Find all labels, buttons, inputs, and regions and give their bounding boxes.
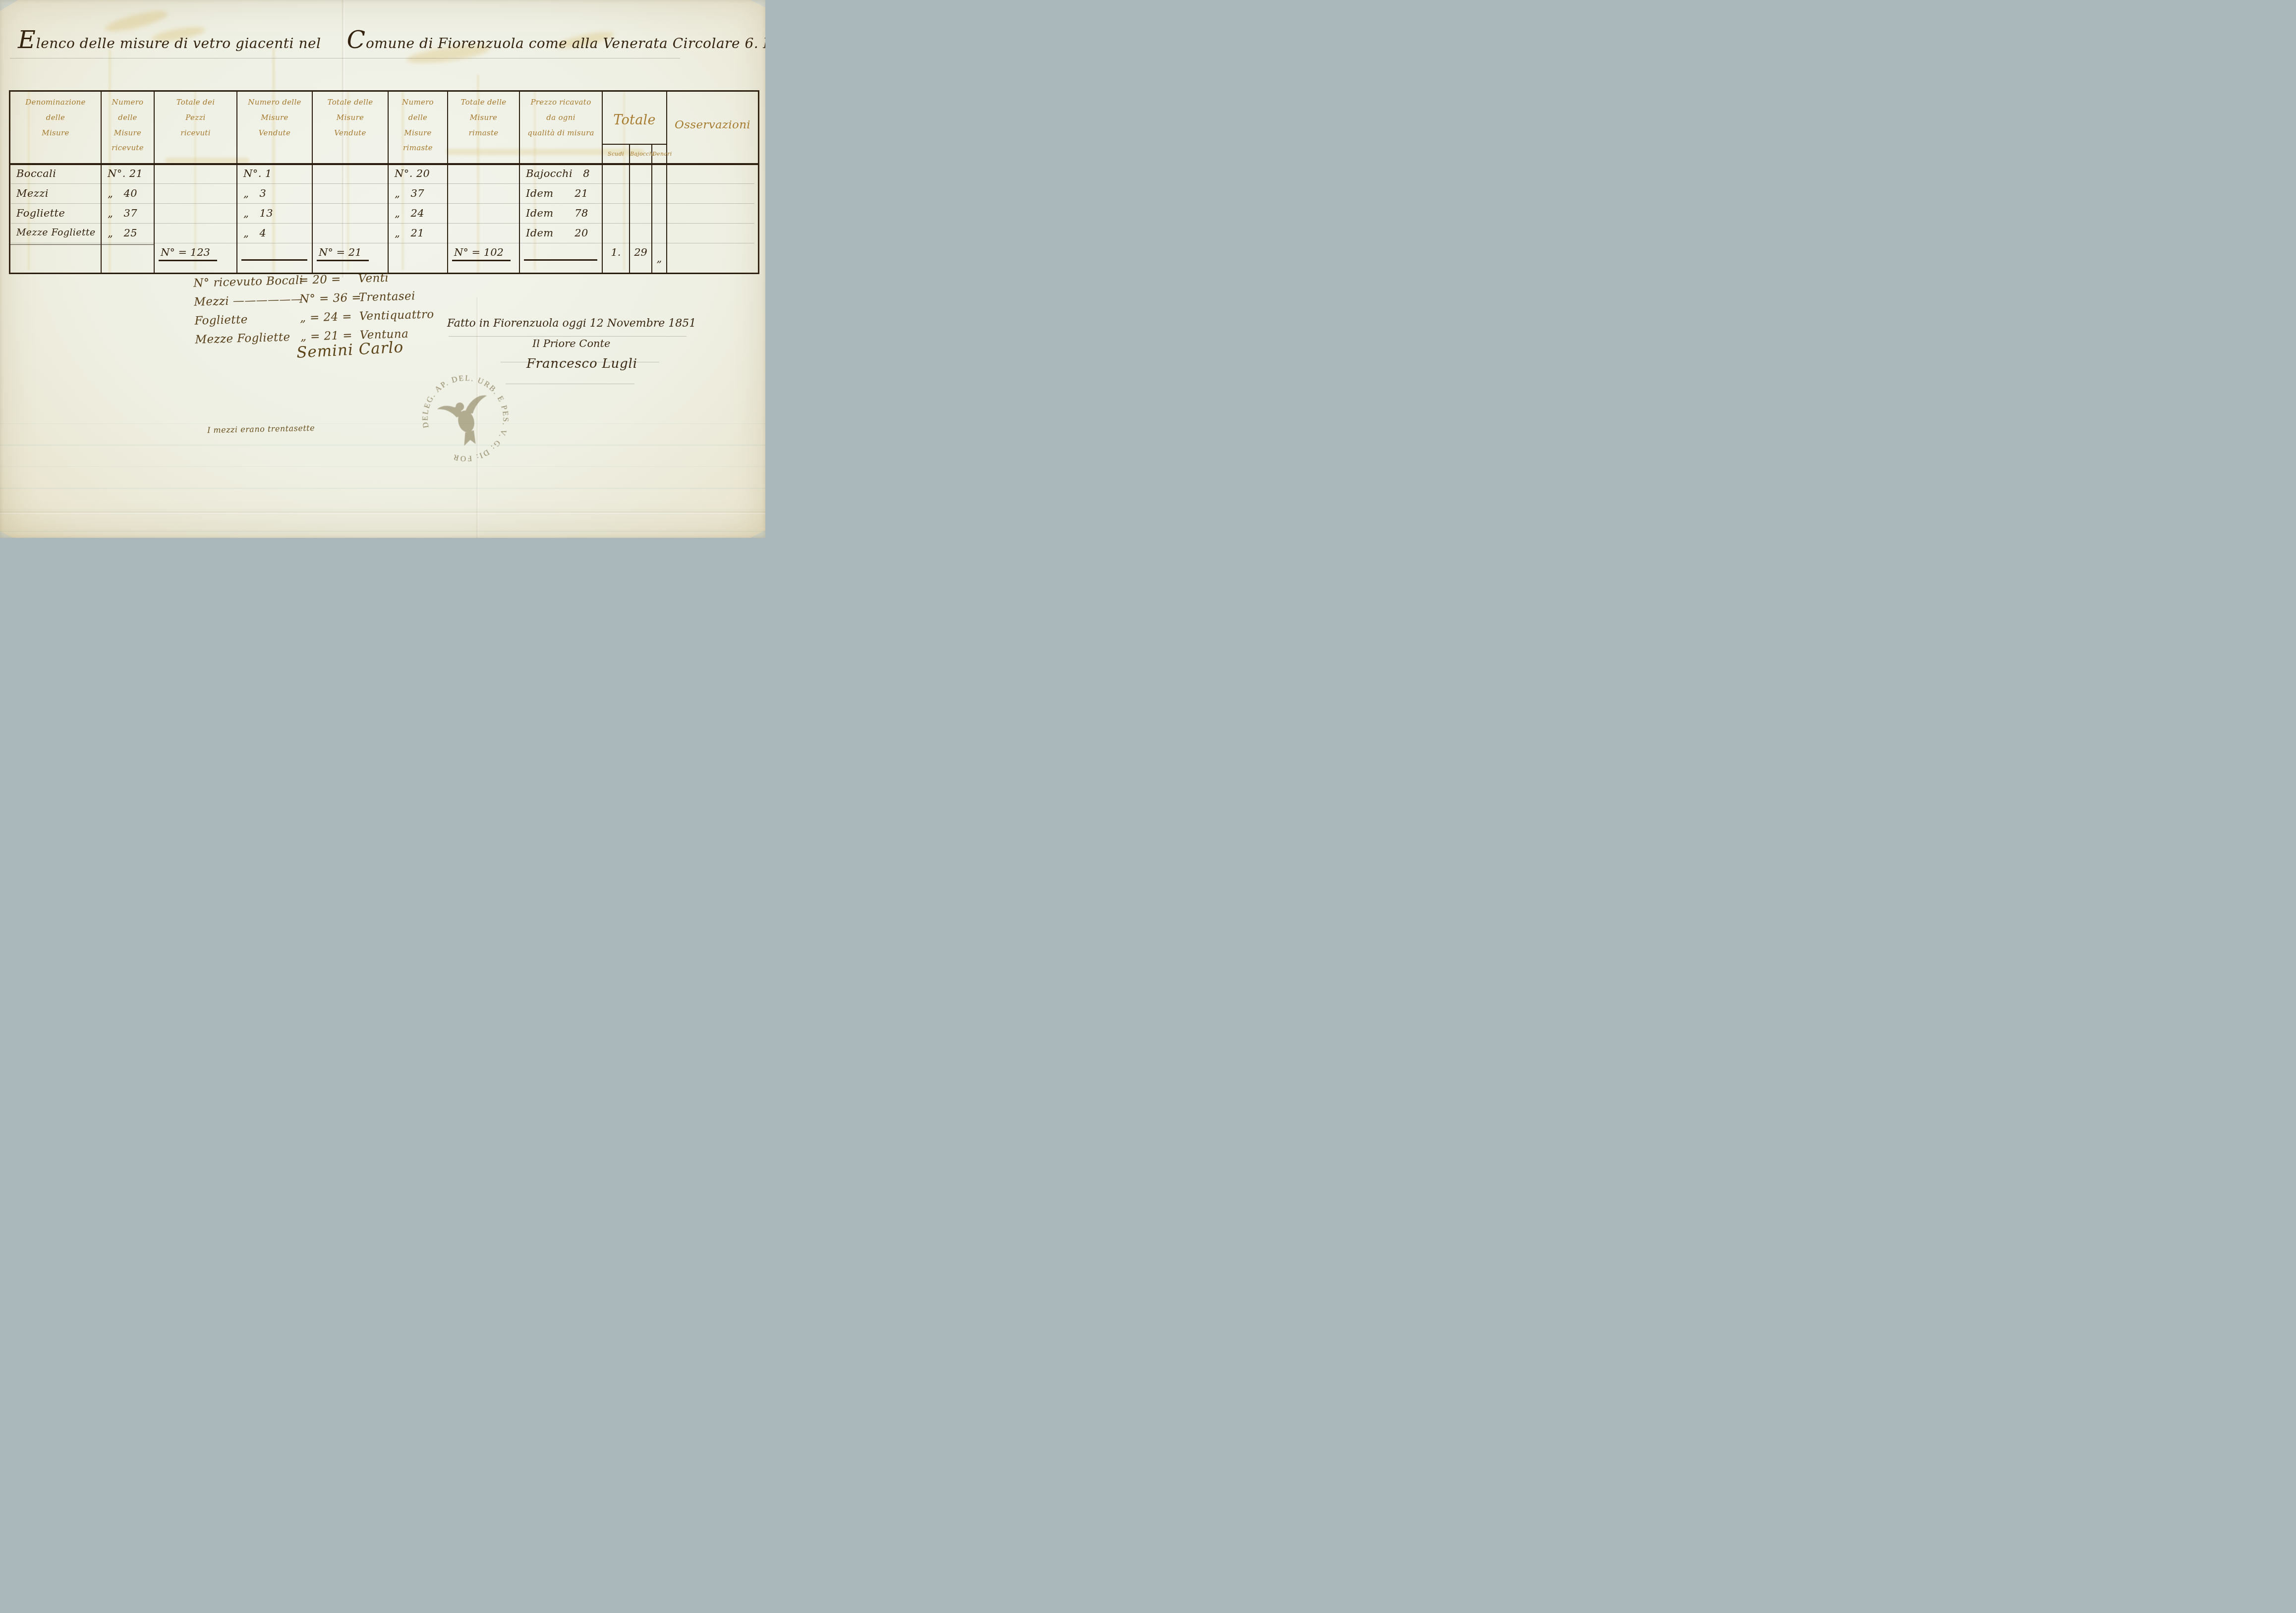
- pencil-line: [506, 384, 634, 384]
- cell-empty: [603, 205, 630, 225]
- cell-vendute: „ 3: [237, 185, 313, 205]
- summary-word: Venti: [358, 272, 389, 286]
- cell-empty: [630, 225, 652, 244]
- cell-vendute: N°. 1: [237, 165, 313, 185]
- cell-empty: [652, 205, 667, 225]
- cell-empty: [155, 205, 237, 225]
- summary-number: N° = 36 =: [299, 291, 355, 306]
- totals-misure-rimaste: N° = 102: [448, 244, 520, 273]
- cell-empty: [667, 165, 758, 185]
- cell-empty: [155, 165, 237, 185]
- totals-cell-empty: [667, 244, 758, 273]
- col-header-totale-rimaste: Totale delle Misure rimaste: [448, 92, 520, 165]
- summary-word: Ventiquattro: [359, 308, 434, 323]
- attestation-place-date: Fatto in Fiorenzuola oggi 12 Novembre 18…: [447, 317, 696, 330]
- subcol-header-scudi: Scudi: [603, 145, 630, 165]
- total-value: N° = 102: [452, 246, 511, 261]
- attestation-role: Il Priore Conte: [532, 338, 696, 349]
- cell-empty: [652, 185, 667, 205]
- ruled-lines: [0, 403, 765, 536]
- col-header-osservazioni: Osservazioni: [667, 92, 758, 165]
- cell-prezzo: Bajocchi 8: [520, 165, 603, 185]
- sum-rule: [524, 259, 597, 261]
- col-header-numero-rimaste: Numero delle Misure rimaste: [389, 92, 448, 165]
- prior-signature: Francesco Lugli: [526, 356, 696, 371]
- cell-empty: [603, 185, 630, 205]
- cell-empty: [448, 165, 520, 185]
- summary-number: = 20 =: [299, 273, 355, 287]
- cell-ricevute: „ 40: [102, 185, 155, 205]
- title-part-1: Elenco delle misure di vetro giacenti ne…: [18, 26, 321, 54]
- cell-empty: [603, 165, 630, 185]
- col-header-denominazione: Denominazione delle Misure: [10, 92, 102, 165]
- cell-empty: [652, 165, 667, 185]
- totals-denari: „: [652, 244, 667, 273]
- cell-denominazione: Mezze Fogliette: [10, 225, 102, 244]
- totals-cell-rule: [520, 244, 603, 273]
- cell-empty: [448, 205, 520, 225]
- cell-empty: [313, 225, 389, 244]
- cell-ricevute: „ 25: [102, 225, 155, 244]
- cell-prezzo: Idem 20: [520, 225, 603, 244]
- summary-name: N° ricevuto Bocali: [193, 274, 295, 290]
- cell-empty: [448, 185, 520, 205]
- cell-denominazione: Boccali: [10, 165, 102, 185]
- cell-rimaste: „ 21: [389, 225, 448, 244]
- col-header-totale: Totale: [603, 92, 667, 145]
- cell-rimaste: „ 37: [389, 185, 448, 205]
- cell-denominazione: Mezzi: [10, 185, 102, 205]
- cell-prezzo: Idem 21: [520, 185, 603, 205]
- paper-corner: [0, 0, 18, 11]
- cell-empty: [652, 225, 667, 244]
- cell-ricevute: „ 37: [102, 205, 155, 225]
- totals-cell-empty: [389, 244, 448, 273]
- document-title: Elenco delle misure di vetro giacenti ne…: [18, 26, 765, 54]
- totals-cell-rule: [237, 244, 313, 273]
- cell-denominazione: Fogliette: [10, 205, 102, 225]
- title-part-2: Comune di Fiorenzuola come alla Venerata…: [347, 26, 765, 54]
- measures-table: Denominazione delle Misure Numero delle …: [9, 90, 759, 274]
- cell-ricevute: N°. 21: [102, 165, 155, 185]
- sum-rule: [241, 259, 307, 261]
- subcol-header-denari: Denari: [652, 145, 667, 165]
- cell-empty: [667, 205, 758, 225]
- cell-empty: [667, 185, 758, 205]
- totals-bajocchi: 29: [630, 244, 652, 273]
- pencil-line: [10, 58, 680, 58]
- cell-empty: [155, 225, 237, 244]
- summary-name: Fogliette: [194, 312, 296, 328]
- summary-name: Mezzi ——————: [194, 293, 296, 309]
- summary-number: „ = 24 =: [300, 310, 356, 325]
- total-value: N° = 21: [317, 246, 369, 261]
- eagle-icon: [437, 394, 498, 451]
- cell-empty: [603, 225, 630, 244]
- cell-empty: [448, 225, 520, 244]
- totals-cell-empty: [10, 244, 102, 273]
- summary-name: Mezze Fogliette: [195, 331, 297, 346]
- cell-rimaste: „ 24: [389, 205, 448, 225]
- cell-empty: [155, 185, 237, 205]
- cell-empty: [313, 205, 389, 225]
- paper-corner: [750, 0, 765, 7]
- cell-empty: [667, 225, 758, 244]
- subcol-header-bajocchi: Bajocchi: [630, 145, 652, 165]
- col-header-numero-vendute: Numero delle Misure Vendute: [237, 92, 313, 165]
- col-header-numero-ricevute: Numero delle Misure ricevute: [102, 92, 155, 165]
- cell-vendute: „ 4: [237, 225, 313, 244]
- cell-empty: [630, 185, 652, 205]
- scanned-document-page: Elenco delle misure di vetro giacenti ne…: [0, 0, 765, 538]
- cell-rimaste: N°. 20: [389, 165, 448, 185]
- totals-pezzi-ricevuti: N° = 123: [155, 244, 237, 273]
- cell-vendute: „ 13: [237, 205, 313, 225]
- total-value: N° = 123: [159, 246, 217, 261]
- cell-empty: [630, 205, 652, 225]
- totals-cell-empty: [102, 244, 155, 273]
- cell-empty: [313, 165, 389, 185]
- totals-misure-vendute: N° = 21: [313, 244, 389, 273]
- cell-empty: [630, 165, 652, 185]
- cell-prezzo: Idem 78: [520, 205, 603, 225]
- col-header-totale-pezzi: Totale dei Pezzi ricevuti: [155, 92, 237, 165]
- summary-word: Trentasei: [358, 289, 415, 304]
- col-header-totale-vendute: Totale delle Misure Vendute: [313, 92, 389, 165]
- col-header-prezzo: Prezzo ricavato da ogni qualità di misur…: [520, 92, 603, 165]
- totals-scudi: 1.: [603, 244, 630, 273]
- cell-empty: [313, 185, 389, 205]
